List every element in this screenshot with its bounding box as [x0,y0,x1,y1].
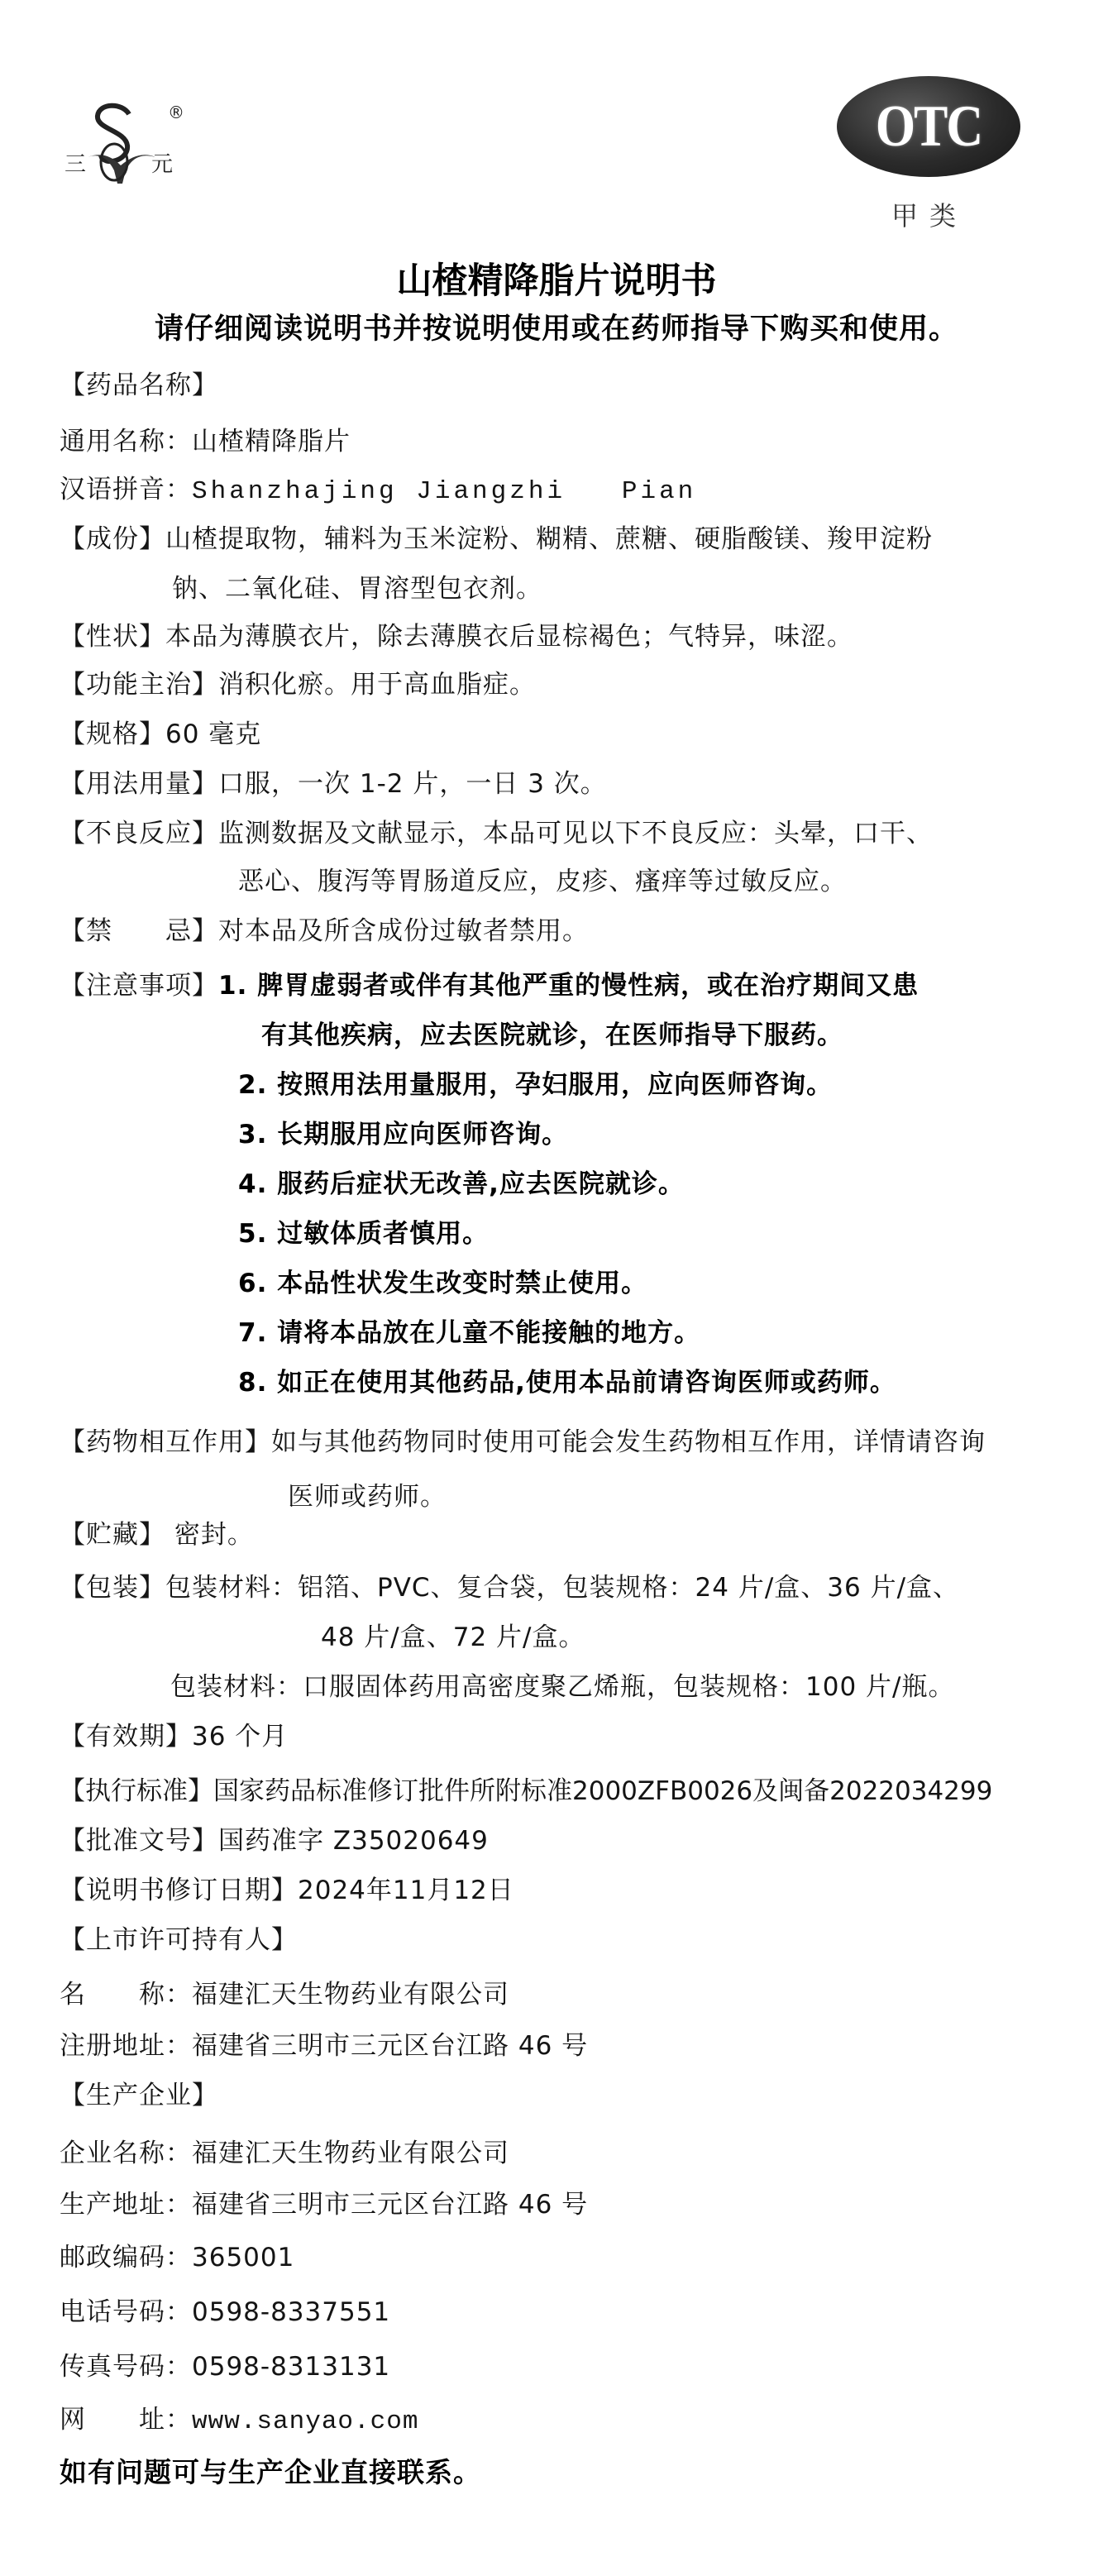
license-holder-address-label: 注册地址： [60,2031,192,2061]
adverse-reactions-row: 【不良反应】监测数据及文献显示，本品可见以下不良反应：头晕，口干、 [60,817,933,850]
section-heading-standard: 【执行标准】 [60,1776,213,1806]
logo-char-left: 三 [64,147,86,178]
contact-note: 如有问题可与生产企业直接联系。 [60,2456,481,2489]
generic-name-label: 通用名称： [60,427,192,456]
section-heading-interactions: 【药物相互作用】 [60,1427,271,1457]
fax-label: 传真号码： [60,2352,192,2382]
section-heading-manufacturer: 【生产企业】 [60,2079,218,2112]
license-holder-name-label: 名 称： [60,1980,192,2010]
packaging-line-1: 包装材料：铝箔、PVC、复合袋，包装规格：24 片/盒、36 片/盒、 [165,1573,959,1603]
page-subtitle: 请仔细阅读说明书并按说明使用或在药师指导下购买和使用。 [0,306,1113,347]
pinyin-row: 汉语拼音：Shanzhajing Jiangzhi Pian [60,473,696,509]
section-heading-storage: 【贮藏】 [60,1520,165,1550]
interactions-line-1: 如与其他药物同时使用可能会发生药物相互作用，详情请咨询 [271,1427,986,1457]
interactions-line-2: 医师或药师。 [288,1480,447,1513]
precaution-item-1: 1. 脾胃虚弱者或伴有其他严重的慢性病，或在治疗期间又患 [218,971,919,1001]
properties-text: 本品为薄膜衣片，除去薄膜衣后显棕褐色；气特异，味涩。 [165,622,853,652]
website-row: 网 址：www.sanyao.com [60,2403,418,2439]
ingredients-row: 【成份】山楂提取物，辅料为玉米淀粉、糊精、蔗糖、硬脂酸镁、羧甲淀粉 [60,523,933,556]
otc-class-label: 甲类 [891,195,967,233]
section-heading-dosage: 【用法用量】 [60,769,218,799]
otc-badge: OTC [837,76,1020,177]
section-heading-shelf-life: 【有效期】 [60,1722,192,1752]
brand-logo: ® 三 元 [64,98,189,187]
pinyin-label: 汉语拼音： [60,475,192,504]
adverse-reactions-line-1: 监测数据及文献显示，本品可见以下不良反应：头晕，口干、 [218,819,933,848]
specification-row: 【规格】60 毫克 [60,718,261,751]
interactions-row: 【药物相互作用】如与其他药物同时使用可能会发生药物相互作用，详情请咨询 [60,1426,986,1459]
precaution-item-6: 6. 本品性状发生改变时禁止使用。 [238,1267,647,1300]
precautions-heading-row: 【注意事项】1. 脾胃虚弱者或伴有其他严重的慢性病，或在治疗期间又患 [60,969,919,1002]
phone-row: 电话号码：0598-8337551 [60,2296,390,2329]
storage-text: 密封。 [165,1520,254,1550]
indications-text: 消积化瘀。用于高血脂症。 [218,670,536,700]
postcode-label: 邮政编码： [60,2243,192,2273]
contraindications-row: 【禁 忌】对本品及所含成份过敏者禁用。 [60,915,589,948]
dosage-row: 【用法用量】口服，一次 1-2 片，一日 3 次。 [60,767,607,801]
postcode-value: 365001 [192,2243,294,2273]
manufacturer-name-row: 企业名称：福建汇天生物药业有限公司 [60,2137,509,2170]
otc-label: OTC [876,93,982,160]
precaution-item-7: 7. 请将本品放在儿童不能接触的地方。 [238,1317,700,1350]
license-holder-name: 福建汇天生物药业有限公司 [192,1980,509,2010]
specification-text: 60 毫克 [165,719,261,749]
ingredients-line-2: 钠、二氧化硅、胃溶型包衣剂。 [172,572,542,605]
precaution-item-8: 8. 如正在使用其他药品,使用本品前请咨询医师或药师。 [238,1366,896,1399]
registered-mark: ® [168,103,184,122]
manufacturer-address-label: 生产地址： [60,2190,192,2220]
indications-row: 【功能主治】消积化瘀。用于高血脂症。 [60,668,536,701]
approval-number-row: 【批准文号】国药准字 Z35020649 [60,1824,489,1857]
standard-row: 【执行标准】国家药品标准修订批件所附标准2000ZFB0026及闽备202203… [60,1775,992,1808]
phone-value: 0598-8337551 [192,2297,390,2327]
website-label: 网 址： [60,2405,192,2435]
section-heading-drug-name: 【药品名称】 [60,369,218,402]
license-holder-address: 福建省三明市三元区台江路 46 号 [192,2031,588,2061]
website-link[interactable]: www.sanyao.com [192,2407,418,2436]
section-heading-packaging: 【包装】 [60,1573,165,1603]
manufacturer-address-row: 生产地址：福建省三明市三元区台江路 46 号 [60,2188,588,2221]
fax-row: 传真号码：0598-8313131 [60,2350,390,2383]
section-heading-properties: 【性状】 [60,622,165,652]
precaution-item-5: 5. 过敏体质者慎用。 [238,1217,489,1250]
precaution-item-4: 4. 服药后症状无改善,应去医院就诊。 [238,1168,685,1201]
shelf-life-text: 36 个月 [192,1722,288,1752]
section-heading-revision-date: 【说明书修订日期】 [60,1876,298,1905]
license-holder-address-row: 注册地址：福建省三明市三元区台江路 46 号 [60,2029,588,2062]
pinyin-value: Shanzhajing Jiangzhi Pian [192,477,696,506]
generic-name-value: 山楂精降脂片 [192,427,351,456]
packaging-line-2: 48 片/盒、72 片/盒。 [321,1621,585,1654]
precaution-item-1-cont: 有其他疾病，应去医院就诊，在医师指导下服药。 [261,1019,843,1052]
section-heading-specification: 【规格】 [60,719,165,749]
shelf-life-row: 【有效期】36 个月 [60,1720,288,1753]
section-heading-approval-number: 【批准文号】 [60,1826,218,1856]
page-title: 山楂精降脂片说明书 [0,253,1113,303]
section-heading-adverse-reactions: 【不良反应】 [60,819,218,848]
revision-date-row: 【说明书修订日期】2024年11月12日 [60,1874,514,1907]
fax-value: 0598-8313131 [192,2352,390,2382]
dosage-text: 口服，一次 1-2 片，一日 3 次。 [218,769,607,799]
adverse-reactions-line-2: 恶心、腹泻等胃肠道反应，皮疹、瘙痒等过敏反应。 [238,865,847,898]
precaution-item-2: 2. 按照用法用量服用，孕妇服用，应向医师咨询。 [238,1068,833,1102]
contraindications-text: 对本品及所含成份过敏者禁用。 [218,916,589,946]
manufacturer-name: 福建汇天生物药业有限公司 [192,2139,509,2168]
logo-char-right: 元 [151,147,173,178]
manufacturer-name-label: 企业名称： [60,2139,192,2168]
ingredients-line-1: 山楂提取物，辅料为玉米淀粉、糊精、蔗糖、硬脂酸镁、羧甲淀粉 [165,524,933,554]
storage-row: 【贮藏】 密封。 [60,1518,254,1551]
section-heading-license-holder: 【上市许可持有人】 [60,1924,298,1957]
postcode-row: 邮政编码：365001 [60,2241,294,2274]
revision-date-text: 2024年11月12日 [298,1876,514,1905]
standard-text: 国家药品标准修订批件所附标准2000ZFB0026及闽备2022034299 [213,1776,992,1806]
section-heading-precautions: 【注意事项】 [60,971,218,1001]
section-heading-contraindications: 【禁 忌】 [60,916,218,946]
section-heading-ingredients: 【成份】 [60,524,165,554]
packaging-row: 【包装】包装材料：铝箔、PVC、复合袋，包装规格：24 片/盒、36 片/盒、 [60,1571,959,1604]
generic-name-row: 通用名称：山楂精降脂片 [60,425,351,458]
packaging-line-3: 包装材料：口服固体药用高密度聚乙烯瓶，包装规格：100 片/瓶。 [170,1670,954,1704]
approval-number-text: 国药准字 Z35020649 [218,1826,489,1856]
section-heading-indications: 【功能主治】 [60,670,218,700]
properties-row: 【性状】本品为薄膜衣片，除去薄膜衣后显棕褐色；气特异，味涩。 [60,620,853,653]
license-holder-name-row: 名 称：福建汇天生物药业有限公司 [60,1978,509,2011]
precaution-item-3: 3. 长期服用应向医师咨询。 [238,1118,568,1151]
manufacturer-address: 福建省三明市三元区台江路 46 号 [192,2190,588,2220]
phone-label: 电话号码： [60,2297,192,2327]
